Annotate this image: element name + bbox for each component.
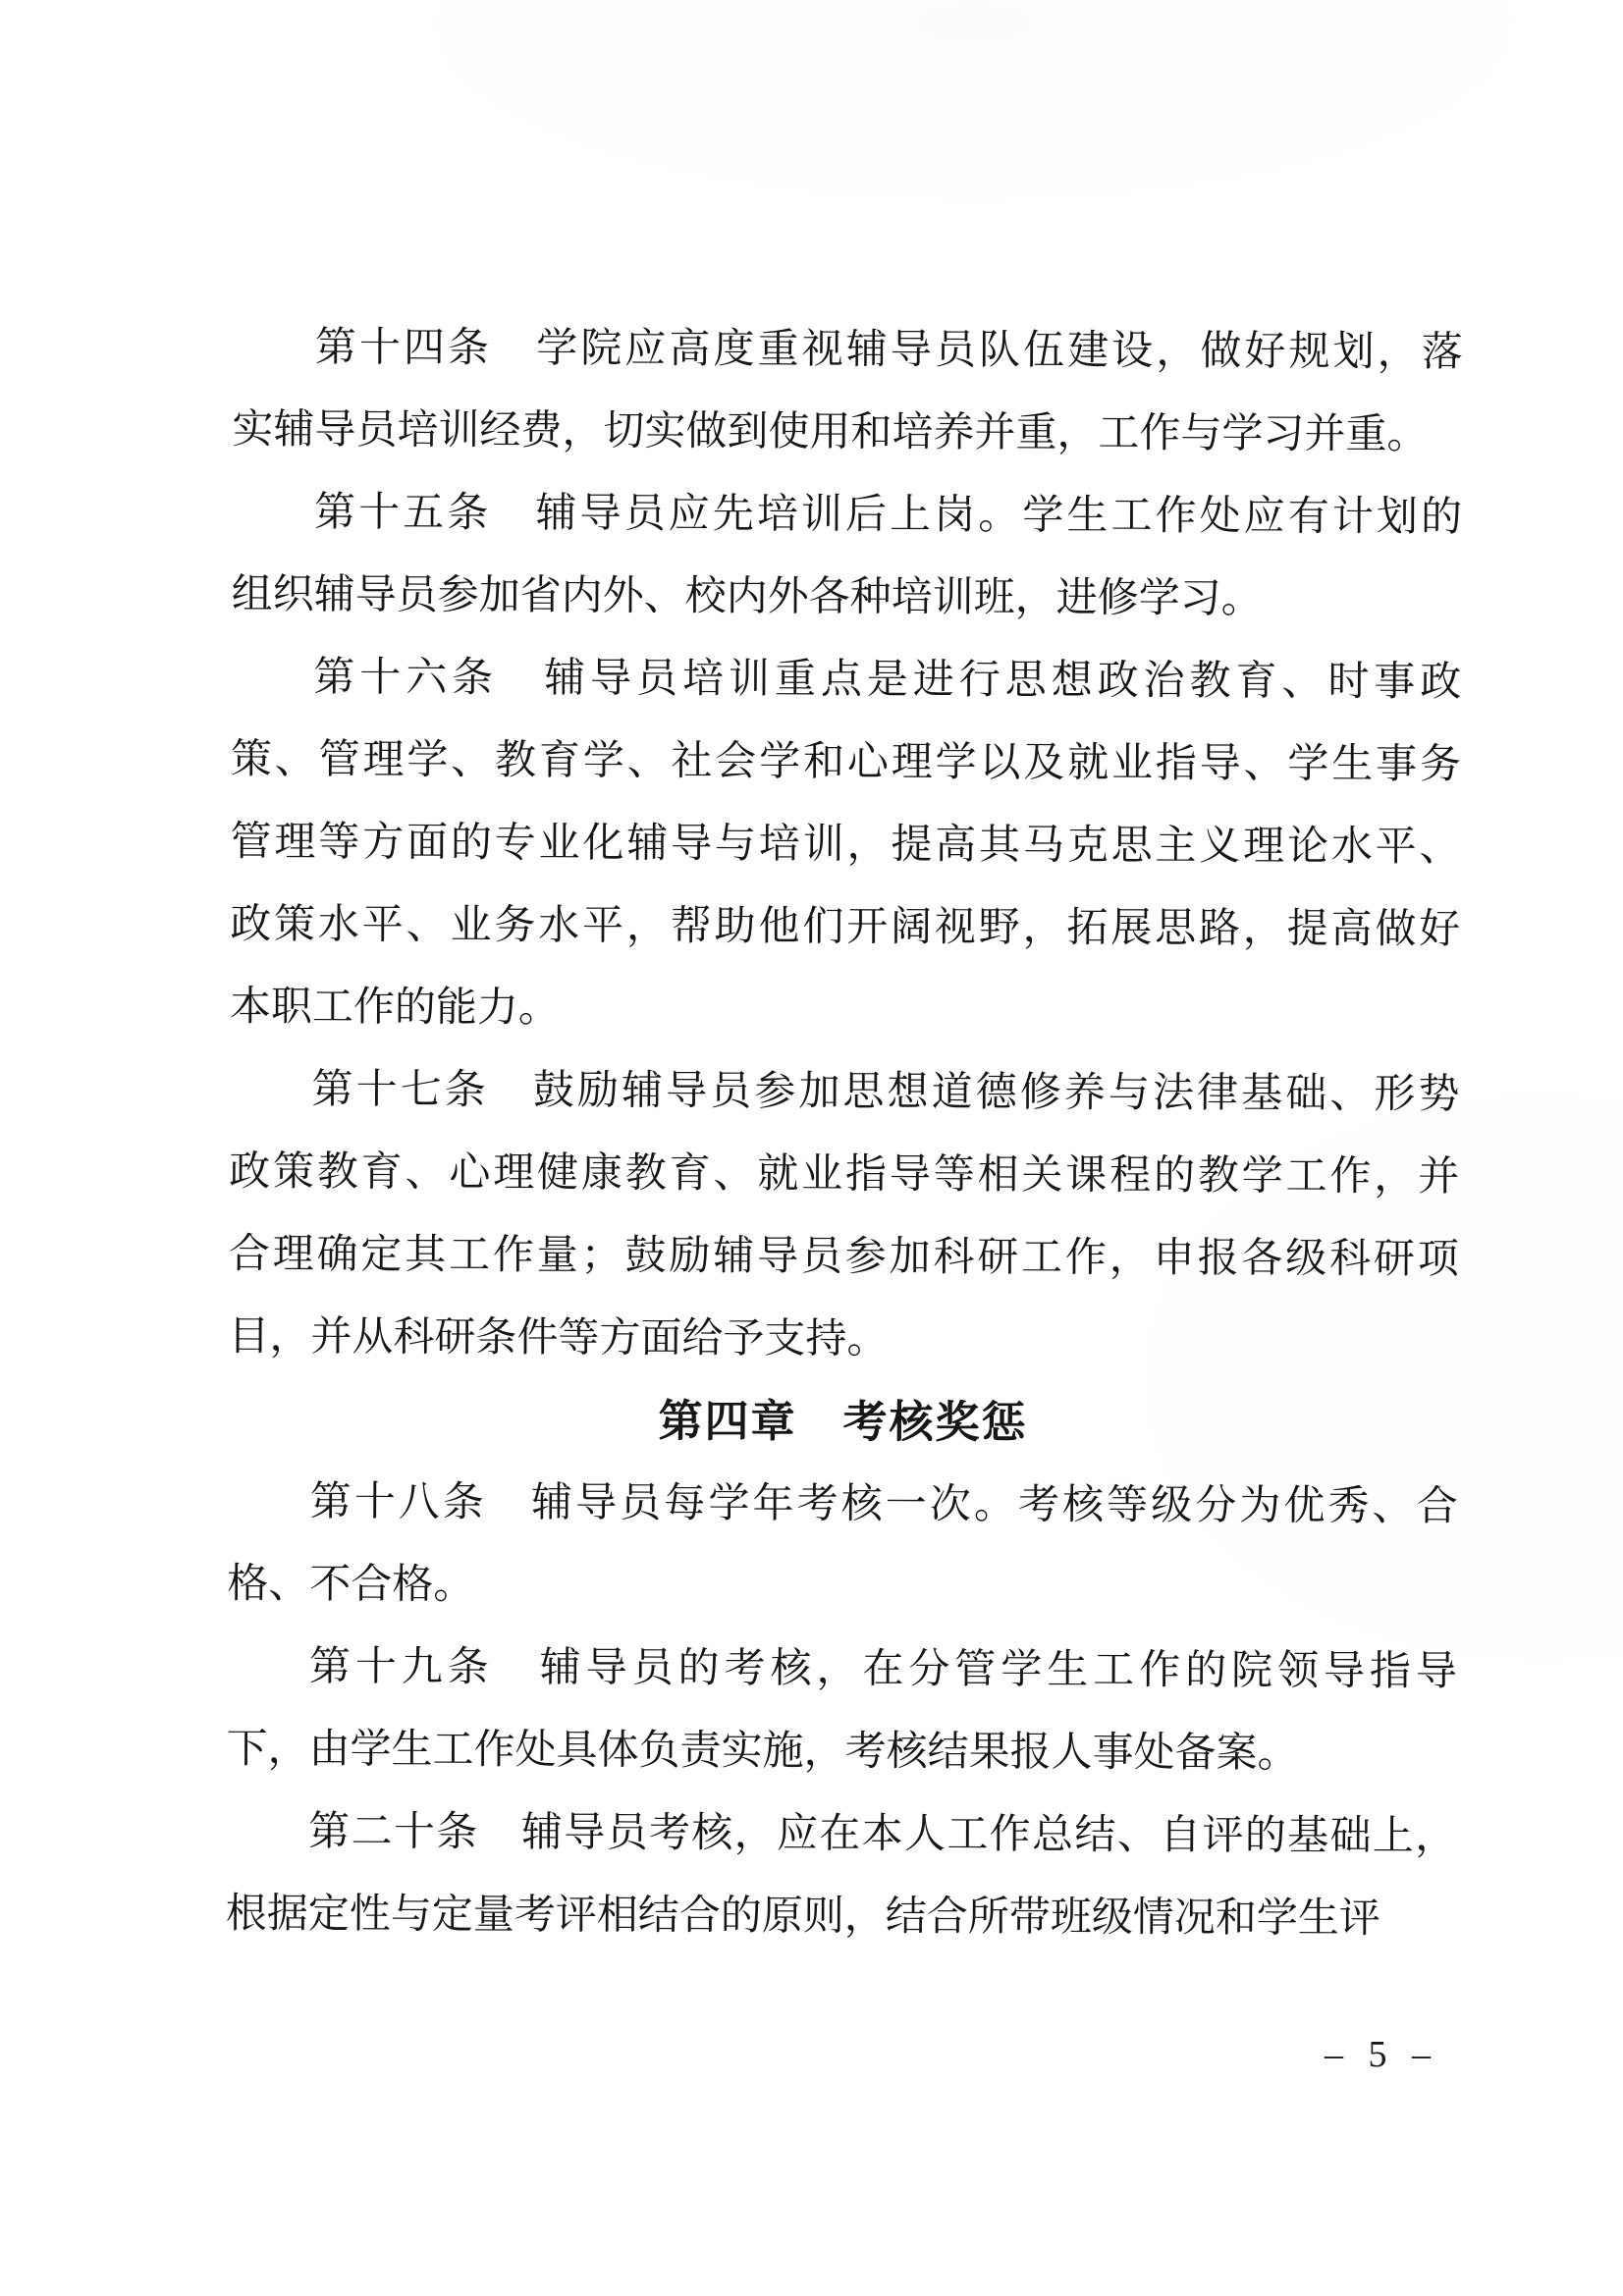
text-line: 第十八条 辅导员每学年考核一次。考核等级分为优秀、合 <box>228 1461 1458 1548</box>
text-line: 第十六条 辅导员培训重点是进行思想政治教育、时事政 <box>231 636 1461 723</box>
article-18: 第十八条 辅导员每学年考核一次。考核等级分为优秀、合 格、不合格。 <box>227 1461 1458 1630</box>
text-line: 第二十条 辅导员考核，应在本人工作总结、自评的基础上， <box>226 1790 1456 1878</box>
page-number: – 5 – <box>1308 2030 1455 2079</box>
article-17: 第十七条 鼓励辅导员参加思想道德修养与法律基础、形势 政策教育、心理健康教育、就… <box>228 1048 1459 1383</box>
text-line: 组织辅导员参加省内外、校内外各种培训班，进修学习。 <box>232 554 1462 641</box>
text-line: 政策教育、心理健康教育、就业指导等相关课程的教学工作，并 <box>229 1131 1459 1218</box>
text-line: 管理等方面的专业化辅导与培训，提高其马克思主义理论水平、 <box>230 801 1460 888</box>
text-line: 第十四条 学院应高度重视辅导员队伍建设，做好规划，落 <box>233 306 1463 394</box>
article-19: 第十九条 辅导员的考核，在分管学生工作的院领导指导 下，由学生工作处具体负责实施… <box>226 1626 1457 1795</box>
text-line: 下，由学生工作处具体负责实施，考核结果报人事处备案。 <box>226 1708 1456 1795</box>
text-line: 实辅导员培训经费，切实做到使用和培养并重，工作与学习并重。 <box>232 389 1462 476</box>
chapter-heading: 第四章 考核奖惩 <box>228 1378 1458 1466</box>
text-line: 策、管理学、教育学、社会学和心理学以及就业指导、学生事务 <box>231 719 1461 806</box>
text-line: 政策水平、业务水平，帮助他们开阔视野，拓展思路，提高做好 <box>230 883 1460 971</box>
article-20: 第二十条 辅导员考核，应在本人工作总结、自评的基础上， 根据定性与定量考评相结合… <box>226 1790 1457 1960</box>
article-14: 第十四条 学院应高度重视辅导员队伍建设，做好规划，落 实辅导员培训经费，切实做到… <box>232 306 1463 476</box>
text-line: 第十七条 鼓励辅导员参加思想道德修养与法律基础、形势 <box>229 1048 1459 1136</box>
text-line: 本职工作的能力。 <box>230 966 1460 1053</box>
article-16: 第十六条 辅导员培训重点是进行思想政治教育、时事政 策、管理学、教育学、社会学和… <box>230 636 1462 1053</box>
text-line: 目，并从科研条件等方面给予支持。 <box>228 1296 1458 1383</box>
text-line: 格、不合格。 <box>227 1543 1457 1630</box>
document-text-block: 第十四条 学院应高度重视辅导员队伍建设，做好规划，落 实辅导员培训经费，切实做到… <box>226 306 1463 1960</box>
text-line: 合理确定其工作量；鼓励辅导员参加科研工作，申报各级科研项 <box>229 1213 1459 1301</box>
text-line: 第十五条 辅导员应先培训后上岗。学生工作处应有计划的 <box>232 471 1462 559</box>
article-15: 第十五条 辅导员应先培训后上岗。学生工作处应有计划的 组织辅导员参加省内外、校内… <box>232 471 1463 641</box>
text-line: 第十九条 辅导员的考核，在分管学生工作的院领导指导 <box>227 1626 1457 1713</box>
text-line: 根据定性与定量考评相结合的原则，结合所带班级情况和学生评 <box>226 1873 1456 1960</box>
